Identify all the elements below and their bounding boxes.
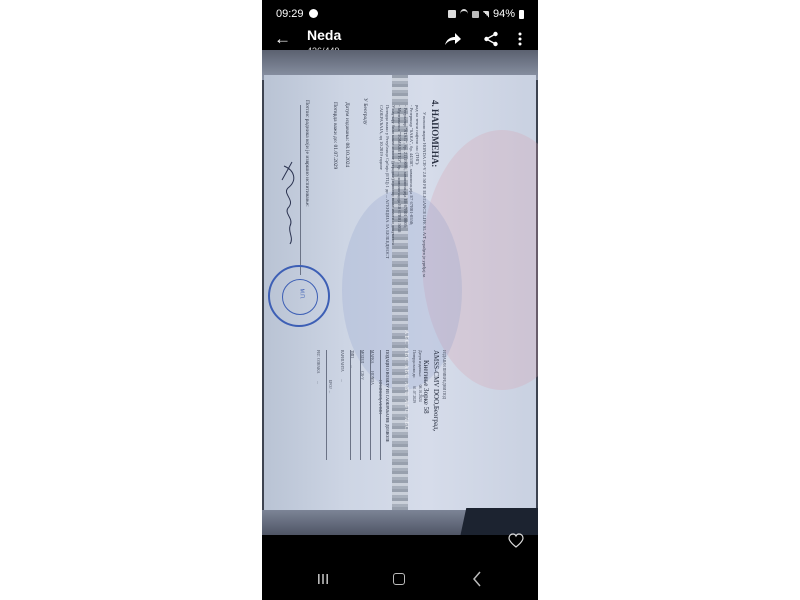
company-detail: Потврда важи до: 01.07.2029 [412, 350, 416, 403]
back-icon[interactable] [472, 571, 482, 587]
field-line [370, 350, 371, 460]
stamp-text: М.П. [298, 289, 304, 300]
company-line: AMSS-CMV DOO,Београд, [432, 350, 440, 431]
remark-line: - Резервоар "SAKA", бр. 445387, хомолога… [409, 105, 414, 225]
field-line [350, 350, 351, 460]
valid-until: Потврда важи до: 01.07.2029 [332, 102, 338, 169]
recent-apps-icon[interactable] [317, 573, 329, 585]
sim-icon [448, 10, 456, 18]
field-line [380, 350, 381, 460]
vehicle-field: РЕГ. ОЗНАКА ... [316, 350, 320, 384]
remark-line: У случају било какве измене (уградње) пр… [391, 105, 396, 245]
wifi-icon [460, 9, 468, 19]
status-bar: 09:29 94% [262, 0, 538, 26]
remark-line: САОБРАЋАЈА, од 10.2019 године [379, 105, 384, 170]
field-line [360, 350, 361, 460]
remark-heading: 4. НАПОМЕНА: [430, 100, 440, 167]
share-icon[interactable] [483, 31, 499, 47]
back-arrow-icon[interactable]: ← [274, 30, 291, 47]
field-line [326, 350, 327, 460]
remark-line: - Регулатор "STAG", бр. 21119096, хомоло… [403, 105, 408, 228]
signal-icon [483, 11, 489, 18]
company-line: ИЗДАВАЧ ПРИВРЕДНИ ПОД [442, 350, 446, 399]
signature-label: Потпис радника који је извршио испитивањ… [304, 100, 310, 207]
valid-until-label: Потврда важи до: [332, 102, 338, 143]
vehicle-field: БРОЈ ... [328, 380, 332, 393]
remark-line: Потврда важи у Републици Србији (ЕТЦ) 1 … [385, 105, 390, 259]
company-line: Кнегиње Зорке 58 [422, 360, 430, 414]
heart-icon[interactable] [508, 533, 524, 548]
issue-date-value: 08.10.2024 [344, 142, 350, 167]
phone-screen: 09:29 94% ← Neda 436/449 4. НА [262, 0, 538, 600]
home-icon[interactable] [393, 573, 405, 585]
battery-percent: 94% [493, 8, 515, 20]
document-photo[interactable]: 4. НАПОМЕНА: У возило марке HONDA CR-V 2… [262, 50, 538, 535]
city-label: У Београду [362, 98, 368, 125]
navigation-bar [262, 565, 538, 600]
volte-icon [472, 11, 479, 18]
issue-date-label: Датум издавања: [344, 102, 350, 141]
app-bar: ← Neda 436/449 [262, 26, 538, 50]
conversation-title: Neda [307, 27, 341, 43]
battery-icon [519, 10, 524, 19]
watermark-text: АБС АБС АБС АБС АБС АБС [403, 330, 409, 431]
remark-line: У возило марке HONDA CR-V 2.0 50 PE ELEG… [422, 112, 427, 277]
valid-until-value: 01.07.2029 [332, 144, 338, 169]
remark-line: рад на течни нафтни гас (ТНГ): [415, 105, 420, 165]
remark-line: - Мултиватил "TOMASETTO", бр. ..., хомол… [397, 105, 402, 232]
signature [274, 160, 304, 245]
more-options-icon[interactable] [517, 31, 523, 47]
messenger-icon [309, 9, 318, 18]
photo-dark-corner [458, 508, 538, 535]
vehicle-heading: ПОДАЦИ О ВОЗИЛУ ИЗ САОБРАЋАЈНЕ ДОЗВОЛЕ [385, 350, 389, 442]
official-stamp: М.П. [268, 265, 330, 327]
status-icons: 94% [448, 8, 524, 20]
issue-date: Датум издавања: 08.10.2024 [344, 102, 350, 167]
vehicle-field: ВАРИЈАНТА ... [340, 350, 344, 382]
company-detail: Датум издавања: 08.10.2024 [418, 350, 422, 402]
forward-icon[interactable] [444, 32, 462, 46]
status-time: 09:29 [276, 8, 304, 20]
